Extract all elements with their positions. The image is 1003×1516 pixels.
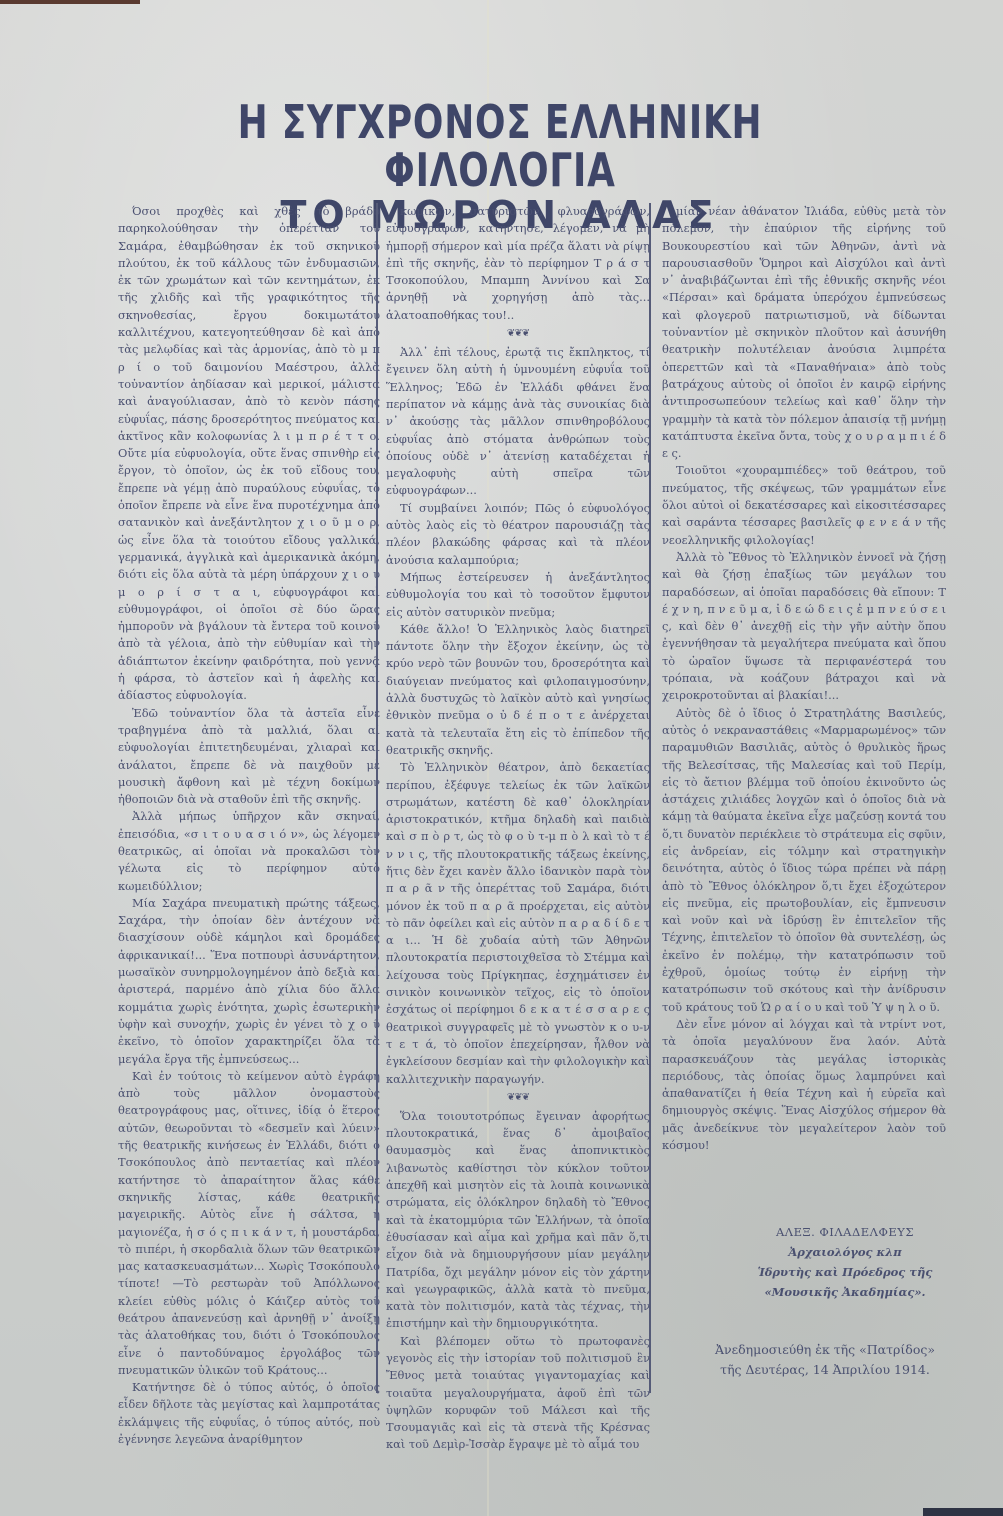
paragraph: Τί συμβαίνει λοιπόν; Πῶς ὁ εὐφυολόγος αὐ… bbox=[386, 500, 650, 569]
paragraph: Αὐτὸς δὲ ὁ ἴδιος ὁ Στρατηλάτης Βασιλεύς,… bbox=[662, 705, 946, 1016]
paragraph: Τοιοῦτοι «χουραμπιέδες» τοῦ θεάτρου, τοῦ… bbox=[662, 462, 946, 548]
reprint-source: Ἀνεδημοσιεύθη ἐκ τῆς «Πατρίδος» bbox=[690, 1340, 960, 1360]
paragraph: Τὸ Ἑλληνικὸν θέατρον, ἀπὸ δεκαετίας περί… bbox=[386, 759, 650, 1088]
ornament-icon: ❦❦❦ bbox=[386, 326, 650, 342]
newspaper-sheet: Η ΣΥΓΧΡΟΝΟΣ ΕΛΛΗΝΙΚΗ ΦΙΛΟΛΟΓΙΑ ΤΟ ΜΩΡΟΝ … bbox=[0, 0, 1003, 1516]
column-rule bbox=[649, 203, 651, 1393]
paragraph: κωμικῶν, σατυριστῶν, φλυαρογράφων, εὐφυο… bbox=[386, 203, 650, 324]
author-role: «Μουσικῆς Ἀκαδημίας». bbox=[740, 1282, 950, 1302]
paragraph: Δὲν εἶνε μόνον αἱ λόγχαι καὶ τὰ ντρίντ ν… bbox=[662, 1016, 946, 1154]
column-1: Όσοι προχθὲς καὶ χθὲς τὸ βράδυ παρηκολού… bbox=[118, 203, 380, 1448]
reprint-note: Ἀνεδημοσιεύθη ἐκ τῆς «Πατρίδος» τῆς Δευτ… bbox=[690, 1340, 960, 1380]
paragraph: Μία Σαχάρα πνευματικὴ πρώτης τάξεως, Σαχ… bbox=[118, 895, 380, 1068]
paragraph: Ἀλλὰ τὸ Ἔθνος τὸ Ἑλληνικὸν ἐννοεῖ νὰ ζήσ… bbox=[662, 549, 946, 705]
background-edge bbox=[0, 0, 140, 4]
background-corner bbox=[923, 1508, 1003, 1516]
column-3: μίαν νέαν ἀθάνατον Ἰλιάδα, εὐθὺς μετὰ τὸ… bbox=[656, 203, 946, 1154]
headline-title: Η ΣΥΓΧΡΟΝΟΣ ΕΛΛΗΝΙΚΗ ΦΙΛΟΛΟΓΙΑ bbox=[188, 98, 812, 194]
column-2: κωμικῶν, σατυριστῶν, φλυαρογράφων, εὐφυο… bbox=[380, 203, 650, 1454]
paragraph: Κατήντησε δὲ ὁ τύπος αὐτός, ὁ ὁποῖος εἶδ… bbox=[118, 1379, 380, 1448]
author-role: Ἀρχαιολόγος κλπ bbox=[740, 1242, 950, 1262]
paragraph: Όσοι προχθὲς καὶ χθὲς τὸ βράδυ παρηκολού… bbox=[118, 203, 380, 705]
paragraph: Ἀλλὰ μήπως ὑπῆρχον κἂν σκηναί, ἐπεισόδια… bbox=[118, 808, 380, 894]
paragraph: Κάθε ἄλλο! Ὁ Ἑλληνικὸς λαὸς διατηρεῖ πάν… bbox=[386, 621, 650, 759]
column-rule bbox=[376, 203, 378, 1393]
signature-block: ΑΛΕΞ. ΦΙΛΑΔΕΛΦΕΥΣ Ἀρχαιολόγος κλπ Ἱδρυτὴ… bbox=[740, 1222, 950, 1302]
reprint-date: τῆς Δευτέρας, 14 Ἀπριλίου 1914. bbox=[690, 1360, 960, 1380]
paragraph: Καὶ βλέπομεν οὕτω τὸ πρωτοφανὲς γεγονὸς … bbox=[386, 1333, 650, 1454]
paragraph: Ἐδῶ τοὐναντίον ὅλα τὰ ἀστεῖα εἶνε τραβηγ… bbox=[118, 705, 380, 809]
paragraph: Ἀλλ᾽ ἐπὶ τέλους, ἐρωτᾷ τις ἔκπληκτος, τί… bbox=[386, 344, 650, 500]
author-role: Ἱδρυτὴς καὶ Πρόεδρος τῆς bbox=[740, 1262, 950, 1282]
author-name: ΑΛΕΞ. ΦΙΛΑΔΕΛΦΕΥΣ bbox=[740, 1222, 950, 1242]
paragraph: Ὅλα τοιουτοτρόπως ἔγειναν ἀφορήτως πλουτ… bbox=[386, 1108, 650, 1333]
paragraph: Καὶ ἐν τούτοις τὸ κείμενον αὐτὸ ἐγράφη ἀ… bbox=[118, 1068, 380, 1379]
paragraph: Μήπως ἐστείρευσεν ἡ ἀνεξάντλητος εὐθυμολ… bbox=[386, 569, 650, 621]
paragraph: μίαν νέαν ἀθάνατον Ἰλιάδα, εὐθὺς μετὰ τὸ… bbox=[662, 203, 946, 462]
ornament-icon: ❦❦❦ bbox=[386, 1090, 650, 1106]
